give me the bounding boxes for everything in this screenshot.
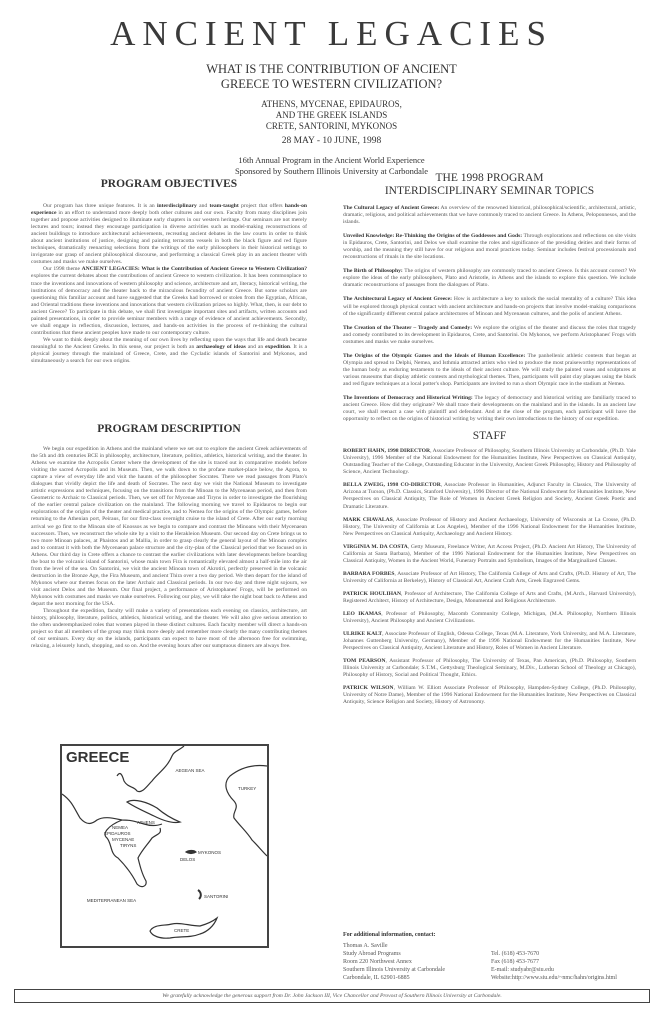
contact-office: Study Abroad Programs xyxy=(343,950,491,958)
seminar-topic: The Creation of the Theater – Tragedy an… xyxy=(343,325,636,346)
map-label-epidauros: EPIDAUROS xyxy=(104,831,131,836)
places-line-1: ATHENS, MYCENAE, EPIDAUROS, xyxy=(0,99,663,110)
greece-map: GREECE AEGEAN SEA TURKEY ATHENS NEMEA EP… xyxy=(60,744,269,948)
left-column: PROGRAM OBJECTIVES Our program has three… xyxy=(31,178,307,365)
map-label-santorini: SANTORINI xyxy=(204,894,228,899)
question-line-1: WHAT IS THE CONTRIBUTION OF ANCIENT xyxy=(0,62,663,77)
destinations: ATHENS, MYCENAE, EPIDAUROS, AND THE GREE… xyxy=(0,99,663,132)
question-line-2: GREECE TO WESTERN CIVILIZATION? xyxy=(0,77,663,92)
objectives-paragraph-1: Our program has three unique features. I… xyxy=(31,203,307,266)
map-label-mycenae: MYCENAE xyxy=(112,837,134,842)
staff-member: LEO IKAMAS, Professor of Philosophy, Mac… xyxy=(343,611,636,625)
objectives-paragraph-3: We want to think deeply about the meanin… xyxy=(31,337,307,365)
staff-member: VIRGINIA M. DA COSTA, Getty Museum, Free… xyxy=(343,544,636,565)
annual-program-line: 16th Annual Program in the Ancient World… xyxy=(0,155,663,166)
topics-heading-1: THE 1998 PROGRAM xyxy=(343,172,636,185)
staff-member: BELLA ZWEIG, 1998 CO-DIRECTOR, Associate… xyxy=(343,482,636,510)
map-label-delos: DELOS xyxy=(180,857,195,862)
contact-email[interactable]: E-mail: studyabr@siu.edu xyxy=(491,966,617,974)
description-heading: PROGRAM DESCRIPTION xyxy=(31,423,307,436)
seminar-topic: The Inventions of Democracy and Historic… xyxy=(343,395,636,423)
contact-university: Southern Illinois University at Carbonda… xyxy=(343,966,491,974)
staff-member: PATRICK HOULIHAN, Professor of Architect… xyxy=(343,591,636,605)
description-section: PROGRAM DESCRIPTION We begin our expedit… xyxy=(31,423,307,650)
map-label-crete: CRETE xyxy=(174,928,189,933)
seminar-topic: The Origins of the Olympic Games and the… xyxy=(343,353,636,388)
description-paragraph-2: Throughout the expedition, faculty will … xyxy=(31,608,307,650)
map-label-nemea: NEMEA xyxy=(112,825,128,830)
contact-heading: For additional information, contact: xyxy=(343,931,643,939)
program-dates: 28 MAY - 10 JUNE, 1998 xyxy=(0,136,663,146)
places-line-3: CRETE, SANTORINI, MYKONOS xyxy=(0,121,663,132)
map-label-mykonos: MYKONOS xyxy=(198,850,221,855)
places-line-2: AND THE GREEK ISLANDS xyxy=(0,110,663,121)
staff-member: ULRIKE KALT, Associate Professor of Engl… xyxy=(343,631,636,652)
staff-member: TOM PEARSON, Assistant Professor of Phil… xyxy=(343,658,636,679)
seminar-topic: The Birth of Philosophy: The origins of … xyxy=(343,268,636,289)
map-label-aegean: AEGEAN SEA xyxy=(170,768,210,773)
topics-heading-2: INTERDISCIPLINARY SEMINAR TOPICS xyxy=(343,185,636,198)
objectives-paragraph-2: Our 1998 theme ANCIENT LEGACIES: What is… xyxy=(31,266,307,336)
map-label-mediterranean: MEDITERRANEAN SEA xyxy=(84,898,139,903)
map-outline-icon xyxy=(62,746,267,946)
staff-member: MARK CHAVALAS, Associate Professor of Hi… xyxy=(343,517,636,538)
map-label-tiryns: TIRYNS xyxy=(120,843,136,848)
staff-list: ROBERT HAHN, 1998 DIRECTOR, Associate Pr… xyxy=(343,448,636,706)
staff-member: PATRICK WILSON, William W. Elliott Assoc… xyxy=(343,685,636,706)
map-label-turkey: TURKEY xyxy=(238,786,256,791)
page-title: ANCIENT LEGACIES xyxy=(0,14,663,54)
staff-member: BARBARA FORBES, Associate Professor of A… xyxy=(343,571,636,585)
contact-fax: Fax (618) 453-7677 xyxy=(491,958,617,966)
contact-tel: Tel. (618) 453-7670 xyxy=(491,950,617,958)
contact-name: Thomas A. Saville xyxy=(343,942,491,950)
seminar-topic: The Architectural Legacy of Ancient Gree… xyxy=(343,296,636,317)
seminar-topic: Unveiled Knowledge: Re-Thinking the Orig… xyxy=(343,233,636,261)
contact-website[interactable]: Website:http://www.siu.edu/~nmc/hahn/ori… xyxy=(491,974,617,982)
contact-info: For additional information, contact: Tho… xyxy=(343,931,643,982)
seminar-topic: The Cultural Legacy of Ancient Greece: A… xyxy=(343,205,636,226)
right-column: THE 1998 PROGRAM INTERDISCIPLINARY SEMIN… xyxy=(343,172,636,713)
description-paragraph-1: We begin our expedition in Athens and th… xyxy=(31,446,307,608)
contact-room: Room 220 Northwest Annex xyxy=(343,958,491,966)
subtitle-question: WHAT IS THE CONTRIBUTION OF ANCIENT GREE… xyxy=(0,62,663,92)
map-label-athens: ATHENS xyxy=(137,820,155,825)
objectives-heading: PROGRAM OBJECTIVES xyxy=(31,178,307,191)
acknowledgement-footer: We gratefully acknowledge the generous s… xyxy=(14,989,650,1003)
staff-member: ROBERT HAHN, 1998 DIRECTOR, Associate Pr… xyxy=(343,448,636,476)
contact-city: Carbondale, IL 62901-6885 xyxy=(343,974,491,982)
staff-heading: STAFF xyxy=(343,430,636,443)
map-title: GREECE xyxy=(66,749,129,766)
